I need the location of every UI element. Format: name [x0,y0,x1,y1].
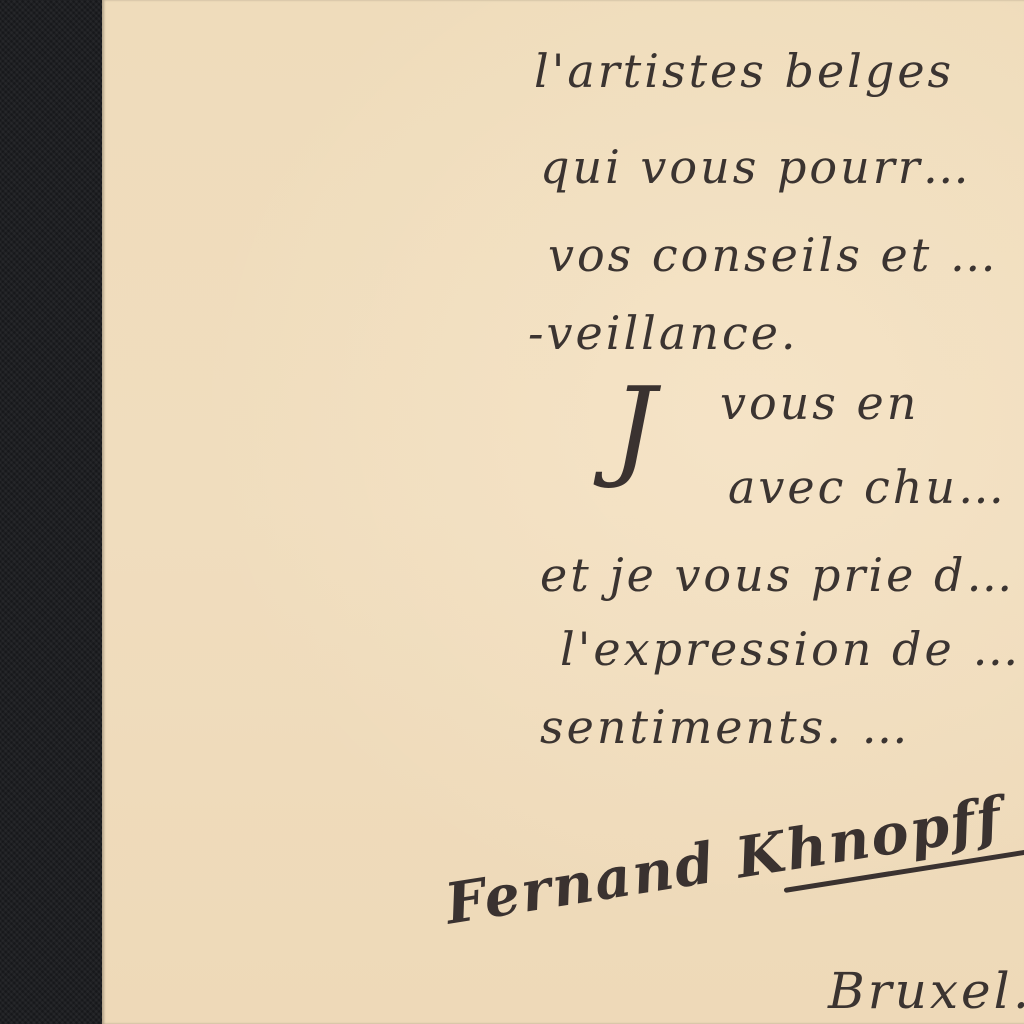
letter-line-5: vous en [720,376,919,430]
place-line: Bruxel… [828,962,1024,1020]
letter-line-9: sentiments. … [540,700,910,754]
letter-line-1: l'artistes belges [534,44,954,98]
dark-backing-board [0,0,102,1024]
letter-line-8: l'expression de … [560,622,1021,676]
letter-line-3: vos conseils et … [548,228,999,282]
letter-line-6: avec chu… [728,460,1007,514]
letter-line-4: -veillance. [528,306,799,360]
initial-letter-j: J [612,372,656,482]
letter-line-7: et je vous prie d… [540,548,1015,602]
letter-line-2: qui vous pourr… [540,140,972,194]
